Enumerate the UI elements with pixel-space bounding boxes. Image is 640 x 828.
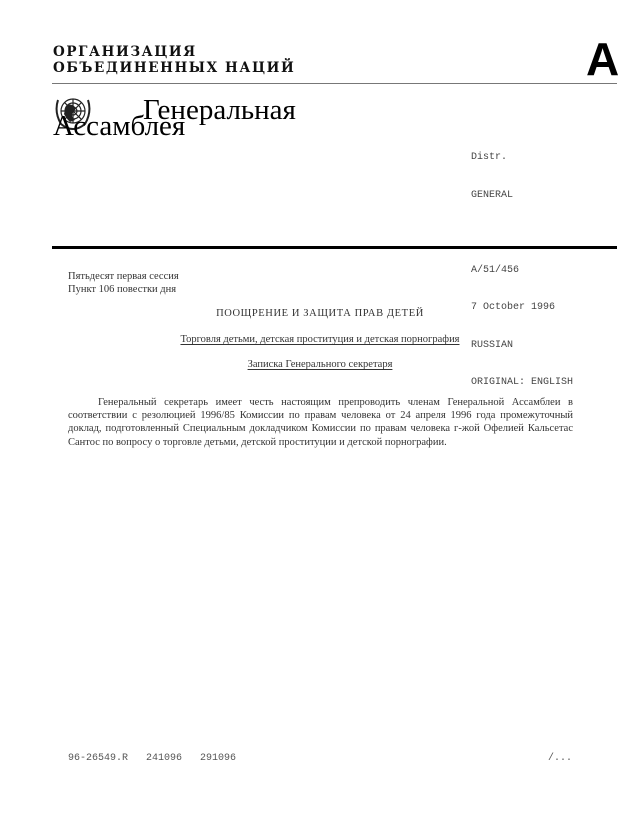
session-line: Пятьдесят первая сессия [68,270,179,283]
document-symbol: A/51/456 [471,265,573,278]
distribution: GENERAL [471,190,573,203]
organization-name-line1: ОРГАНИЗАЦИЯ [53,44,295,60]
header-divider [52,83,617,84]
body-paragraph: Генеральный секретарь имеет честь настоя… [68,396,573,449]
organization-name: ОРГАНИЗАЦИЯ ОБЪЕДИНЕННЫХ НАЦИЙ [53,44,295,76]
job-number: 96-26549.R 241096 291096 [68,753,236,764]
series-letter: A [586,34,619,84]
note-heading-text: Записка Генерального секретаря [248,359,393,370]
session-info: Пятьдесят первая сессия Пункт 106 повест… [68,270,179,296]
continuation-mark: /... [548,753,572,764]
original-language: ORIGINAL: ENGLISH [471,377,573,390]
document-subtitle-text: Торговля детьми, детская проституция и д… [180,334,459,345]
body-text: Генеральный секретарь имеет честь настоя… [68,396,573,449]
body-name-line2: Ассамблея [53,111,185,141]
distr-label: Distr. [471,152,573,165]
document-subtitle: Торговля детьми, детская проституция и д… [0,334,640,345]
organization-name-line2: ОБЪЕДИНЕННЫХ НАЦИЙ [53,60,295,76]
masthead-divider [52,246,617,249]
note-heading: Записка Генерального секретаря [0,359,640,370]
agenda-item-line: Пункт 106 повестки дня [68,283,179,296]
document-title: ПООЩРЕНИЕ И ЗАЩИТА ПРАВ ДЕТЕЙ [0,308,640,319]
